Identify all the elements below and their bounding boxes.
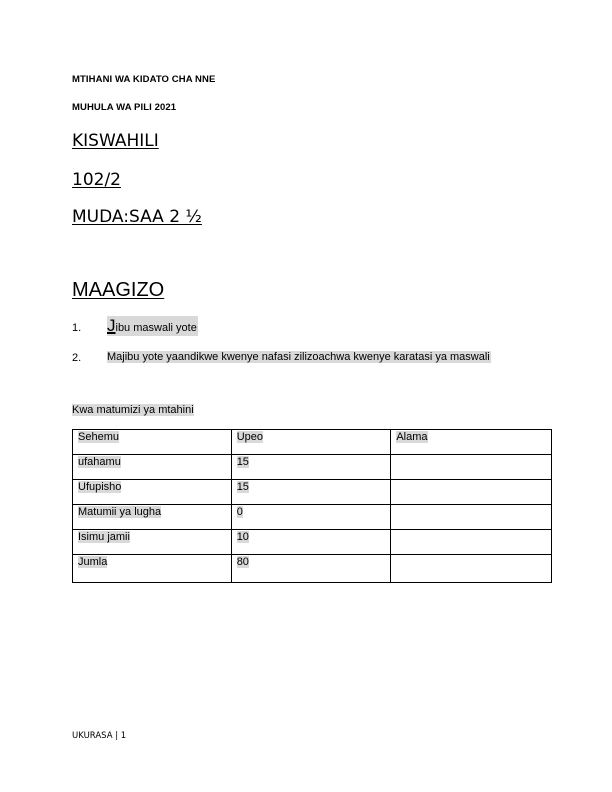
column-header-score: Alama [391, 430, 552, 455]
table-row: Isimu jamii 10 [73, 530, 552, 555]
instruction-item-2: Majibu yote yaandikwe kwenye nafasi zili… [107, 351, 491, 363]
score-cell[interactable] [391, 480, 552, 505]
paper-code: 102/2 [72, 170, 121, 190]
max-cell: 15 [231, 480, 391, 505]
max-cell: 80 [231, 555, 391, 583]
score-cell[interactable] [391, 455, 552, 480]
max-cell: 10 [231, 530, 391, 555]
table-row-total: Jumla 80 [73, 555, 552, 583]
table-header-row: Sehemu Upeo Alama [73, 430, 552, 455]
exam-title: MTIHANI WA KIDATO CHA NNE [72, 74, 215, 85]
section-cell: Jumla [73, 555, 232, 583]
score-cell[interactable] [391, 505, 552, 530]
instruction-item-1: Jibu maswali yote [107, 316, 198, 336]
section-cell: Isimu jamii [73, 530, 232, 555]
table-row: ufahamu 15 [73, 455, 552, 480]
max-cell: 0 [231, 505, 391, 530]
instructions-heading: MAAGIZO [72, 279, 164, 302]
exam-term: MUHULA WA PILI 2021 [72, 102, 176, 113]
table-caption: Kwa matumizi ya mtahini [72, 404, 194, 416]
page-footer: UKURASA | 1 [72, 731, 126, 741]
score-cell[interactable] [391, 530, 552, 555]
marks-table: Sehemu Upeo Alama ufahamu 15 Ufupisho 15… [72, 429, 552, 583]
column-header-max: Upeo [231, 430, 391, 455]
max-cell: 15 [231, 455, 391, 480]
table-row: Matumii ya lugha 0 [73, 505, 552, 530]
score-cell[interactable] [391, 555, 552, 583]
instruction-first-letter: J [107, 316, 116, 335]
section-cell: Matumii ya lugha [73, 505, 232, 530]
section-cell: ufahamu [73, 455, 232, 480]
instruction-number-1: 1. [72, 322, 81, 334]
section-cell: Ufupisho [73, 480, 232, 505]
exam-duration: MUDA:SAA 2 ½ [72, 207, 202, 227]
column-header-section: Sehemu [73, 430, 232, 455]
instruction-text-1: ibu maswali yote [116, 322, 197, 334]
table-row: Ufupisho 15 [73, 480, 552, 505]
instruction-number-2: 2. [72, 352, 81, 364]
subject-title: KISWAHILI [72, 131, 159, 151]
